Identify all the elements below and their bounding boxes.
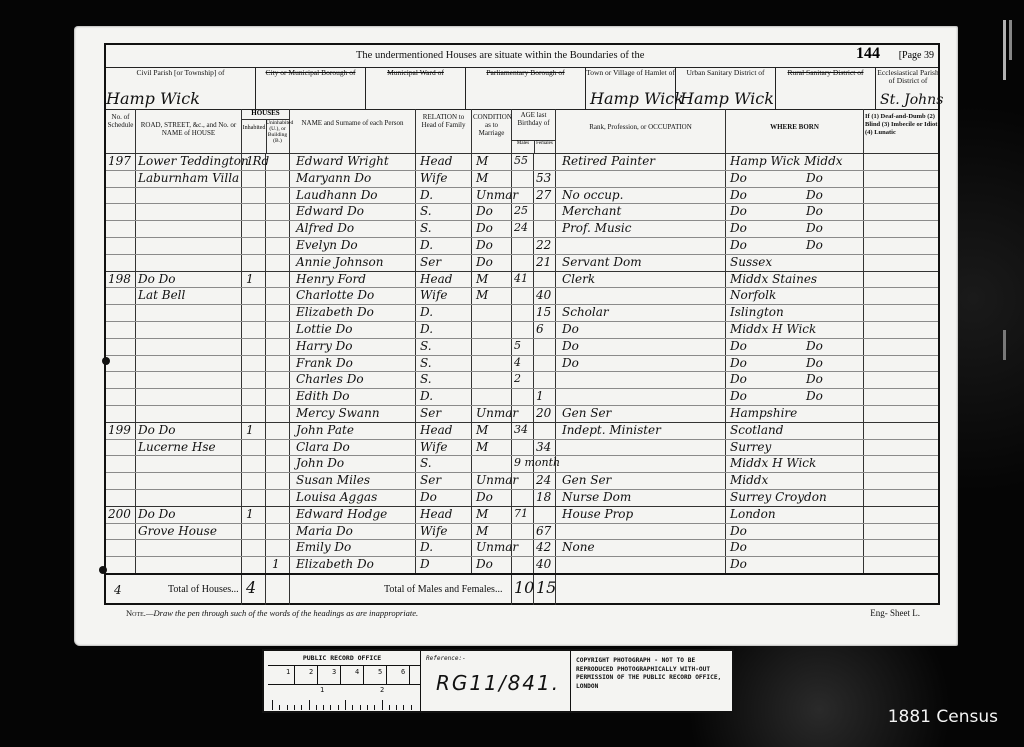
table-row: Mercy SwannSerUnmar20Gen SerHampshire: [106, 405, 938, 422]
cell-relation: Wife: [420, 287, 448, 303]
table-row: Lat BellCharlotte DoWifeM40Norfolk: [106, 287, 938, 304]
cell-name: Laudhann Do: [296, 187, 378, 203]
cell-relation: S.: [420, 455, 432, 471]
census-form: The undermentioned Houses are situate wi…: [104, 43, 940, 605]
cell-occupation: Gen Ser: [562, 472, 611, 488]
page-number: [Page 39: [899, 50, 934, 61]
boundaries-row: Civil Parish [or Township] of Hamp Wick …: [106, 67, 938, 110]
table-row: 197Lower Teddington Rd1Edward WrightHead…: [106, 153, 938, 170]
table-row: Grove HouseMaria DoWifeM67Do: [106, 523, 938, 540]
cell-name: Edward Wright: [296, 153, 389, 169]
cell-occupation: Do: [562, 321, 579, 337]
table-row: Laudhann DoD.Unmar27No occup.DoDo: [106, 187, 938, 204]
ruler-number: 2: [380, 686, 384, 694]
film-edge-mark: [1003, 20, 1006, 80]
boundary-label: Rural Sanitary District of: [776, 69, 875, 77]
cell-uninhabited: 1: [272, 556, 280, 572]
boundary-label: City or Municipal Borough of: [256, 69, 365, 77]
cell-condition: Unmar: [476, 472, 518, 488]
cell-relation: Head: [420, 506, 452, 522]
cell-condition: Unmar: [476, 539, 518, 555]
cell-born-place: Do: [806, 388, 823, 404]
cell-relation: S.: [420, 371, 432, 387]
cell-road: Grove House: [138, 523, 217, 539]
household-separator: [106, 506, 938, 507]
cell-female: 53: [536, 170, 551, 186]
cell-born-county: Middx Staines: [730, 271, 817, 287]
table-row: Frank DoS.4DoDoDo: [106, 355, 938, 372]
cell-born-county: Do: [730, 338, 747, 354]
cell-occupation: No occup.: [562, 187, 623, 203]
cell-schedule: 199: [108, 422, 131, 438]
cell-born-county: Middx H Wick: [730, 321, 816, 337]
table-row: 198Do Do1Henry FordHeadM41ClerkMiddx Sta…: [106, 271, 938, 288]
cell-relation: Wife: [420, 523, 448, 539]
cell-name: Lottie Do: [296, 321, 352, 337]
copyright-notice: COPYRIGHT PHOTOGRAPH - NOT TO BE REPRODU…: [576, 657, 726, 691]
cell-schedule: 197: [108, 153, 131, 169]
cell-relation: Ser: [420, 405, 441, 421]
cell-condition: Do: [476, 237, 493, 253]
cell-relation: S.: [420, 220, 432, 236]
boundary-parliamentary-borough: Parliamentary Borough of: [466, 67, 586, 109]
cell-born-county: Do: [730, 220, 747, 236]
cell-born-county: Do: [730, 203, 747, 219]
cell-male: 41: [514, 271, 528, 287]
pro-ruler-block: PUBLIC RECORD OFFICE 12345612: [264, 651, 421, 711]
cell-female: 20: [536, 405, 551, 421]
cell-born-county: Surrey Croydon: [730, 489, 827, 505]
cell-road: Do Do: [138, 506, 176, 522]
cell-condition: Do: [476, 220, 493, 236]
cell-male: 25: [514, 203, 528, 219]
table-row: Susan MilesSerUnmar24Gen SerMiddx: [106, 472, 938, 489]
cell-born-county: Do: [730, 355, 747, 371]
sheet-mark: Eng- Sheet L.: [870, 608, 920, 618]
cell-condition: M: [476, 170, 488, 186]
reference-value: RG11/841.: [436, 671, 560, 695]
cell-female: 15: [536, 304, 551, 320]
cell-born-county: Do: [730, 523, 747, 539]
header-houses: HOUSES Inhabited Uninhabited (U.), or Bu…: [242, 109, 290, 153]
cell-schedule: 198: [108, 271, 131, 287]
cell-relation: D: [420, 556, 430, 572]
cell-condition: M: [476, 287, 488, 303]
cell-born-county: Do: [730, 539, 747, 555]
boundary-label: Parliamentary Borough of: [466, 69, 585, 77]
cell-name: Edward Hodge: [296, 506, 387, 522]
cell-occupation: Indept. Minister: [562, 422, 661, 438]
cell-name: Louisa Aggas: [296, 489, 377, 505]
cell-relation: S.: [420, 338, 432, 354]
cell-born-county: Middx H Wick: [730, 455, 816, 471]
cell-occupation: Prof. Music: [562, 220, 631, 236]
cell-condition: Do: [476, 556, 493, 572]
cell-female: 18: [536, 489, 551, 505]
cell-schedule: 200: [108, 506, 131, 522]
header-where-born: WHERE BORN: [726, 109, 864, 153]
table-row: John DoS.9 monthMiddx H Wick: [106, 455, 938, 472]
household-separator: [106, 271, 938, 272]
cell-female: 6: [536, 321, 544, 337]
cell-road: Laburnham Villa: [138, 170, 239, 186]
cell-condition: M: [476, 153, 488, 169]
cell-female: 40: [536, 556, 551, 572]
cell-born-place: Do: [806, 187, 823, 203]
cell-born-county: Do: [730, 371, 747, 387]
household-separator: [106, 153, 938, 154]
note-text: —Draw the pen through such of the words …: [146, 608, 418, 618]
cell-relation: S.: [420, 355, 432, 371]
table-row: Louisa AggasDoDo18Nurse DomSurrey Croydo…: [106, 489, 938, 506]
table-row: Charles DoS.2DoDo: [106, 371, 938, 388]
cell-name: Clara Do: [296, 439, 350, 455]
cell-name: John Pate: [296, 422, 354, 438]
cell-born-county: Scotland: [730, 422, 783, 438]
cell-born-county: Norfolk: [730, 287, 776, 303]
table-row: Edward DoS.Do25MerchantDoDo: [106, 203, 938, 220]
table-row: Evelyn DoD.Do22DoDo: [106, 237, 938, 254]
cell-road: Lucerne Hse: [138, 439, 216, 455]
cell-relation: Head: [420, 422, 452, 438]
header-infirmity: If (1) Deaf-and-Dumb (2) Blind (3) Imbec…: [864, 109, 940, 153]
cell-name: John Do: [296, 455, 344, 471]
census-page: The undermentioned Houses are situate wi…: [74, 26, 958, 646]
cell-condition: Do: [476, 489, 493, 505]
table-row: Elizabeth DoD.15ScholarIslington: [106, 304, 938, 321]
header-males: Males: [512, 140, 535, 153]
cell-relation: Head: [420, 153, 452, 169]
cell-inhabited: 1: [246, 422, 254, 438]
cell-female: 34: [536, 439, 551, 455]
cell-female: 21: [536, 254, 551, 270]
cell-born-place: Do: [806, 220, 823, 236]
cell-occupation: Merchant: [562, 203, 621, 219]
note-lead: Note.: [126, 608, 146, 618]
cell-relation: D.: [420, 187, 433, 203]
cell-born-place: Do: [806, 371, 823, 387]
schedule-count: 4: [114, 583, 122, 597]
boundary-civil-parish: Civil Parish [or Township] of Hamp Wick: [106, 67, 256, 109]
cell-name: Elizabeth Do: [296, 304, 374, 320]
cell-road: Do Do: [138, 422, 176, 438]
cell-condition: Unmar: [476, 405, 518, 421]
boundary-village: Town or Village of Hamlet of Hamp Wick: [586, 67, 676, 109]
header-age: AGE last Birthday of Males Females: [512, 109, 556, 153]
cell-name: Alfred Do: [296, 220, 354, 236]
cell-male: 4: [514, 355, 521, 371]
census-entries: 197Lower Teddington Rd1Edward WrightHead…: [106, 153, 938, 573]
total-females: 15: [536, 578, 556, 597]
cell-name: Susan Miles: [296, 472, 370, 488]
cell-occupation: Scholar: [562, 304, 609, 320]
cell-born-county: London: [730, 506, 776, 522]
cell-inhabited: 1: [246, 153, 254, 169]
table-row: Lottie DoD.6DoMiddx H Wick: [106, 321, 938, 338]
table-row: Emily DoD.Unmar42NoneDo: [106, 539, 938, 556]
cell-relation: Do: [420, 489, 437, 505]
folio-number: 144: [856, 45, 880, 63]
column-headers: No. of Schedule ROAD, STREET, &c., and N…: [106, 109, 938, 154]
cell-occupation: Clerk: [562, 271, 595, 287]
cell-born-county: Islington: [730, 304, 784, 320]
cell-born-county: Hamp Wick Middx: [730, 153, 843, 169]
cell-condition: Do: [476, 203, 493, 219]
cell-relation: D.: [420, 237, 433, 253]
cell-female: 22: [536, 237, 551, 253]
cell-born-place: Do: [806, 338, 823, 354]
cell-occupation: House Prop: [562, 506, 633, 522]
cell-born-county: Do: [730, 187, 747, 203]
reference-block: Reference:- RG11/841.: [420, 651, 571, 711]
punch-hole: [102, 357, 110, 365]
boundary-municipal-borough: City or Municipal Borough of: [256, 67, 366, 109]
total-houses-label: Total of Houses...: [168, 584, 239, 595]
cell-born-county: Sussex: [730, 254, 772, 270]
cell-female: 27: [536, 187, 551, 203]
header-schedule: No. of Schedule: [106, 109, 136, 153]
cell-born-county: Surrey: [730, 439, 771, 455]
cell-male: 2: [514, 371, 521, 387]
cell-female: 40: [536, 287, 551, 303]
cell-male: 55: [514, 153, 528, 169]
table-row: Harry DoS.5DoDoDo: [106, 338, 938, 355]
cell-relation: D.: [420, 304, 433, 320]
cell-born-place: Do: [806, 203, 823, 219]
table-row: Alfred DoS.Do24Prof. MusicDoDo: [106, 220, 938, 237]
header-relation: RELATION to Head of Family: [416, 109, 472, 153]
cell-condition: M: [476, 523, 488, 539]
cell-name: Charles Do: [296, 371, 364, 387]
boundary-label: Town or Village of Hamlet of: [586, 69, 675, 77]
ruler-number: 1: [286, 668, 290, 676]
boundary-rural-sanitary: Rural Sanitary District of: [776, 67, 876, 109]
cell-inhabited: 1: [246, 506, 254, 522]
cell-relation: S.: [420, 203, 432, 219]
cell-born-place: Do: [806, 237, 823, 253]
boundary-value: St. Johns: [880, 92, 943, 108]
cell-occupation: Retired Painter: [562, 153, 655, 169]
cell-born-county: Hampshire: [730, 405, 797, 421]
cell-condition: Unmar: [476, 187, 518, 203]
boundary-value: Hamp Wick: [106, 89, 200, 108]
cell-name: Charlotte Do: [296, 287, 374, 303]
cell-born-place: Do: [806, 170, 823, 186]
table-row: Lucerne HseClara DoWifeM34Surrey: [106, 439, 938, 456]
header-occupation: Rank, Profession, or OCCUPATION: [556, 109, 726, 153]
cell-female: 1: [536, 388, 544, 404]
film-edge-mark: [1009, 20, 1012, 60]
header-condition: CONDITION as to Marriage: [472, 109, 512, 153]
cell-relation: D.: [420, 539, 433, 555]
total-houses-value: 4: [246, 578, 256, 597]
cell-condition: M: [476, 271, 488, 287]
cell-road: Lat Bell: [138, 287, 185, 303]
header-name: NAME and Surname of each Person: [290, 109, 416, 153]
cell-name: Mercy Swann: [296, 405, 380, 421]
cell-name: Evelyn Do: [296, 237, 358, 253]
pro-title: PUBLIC RECORD OFFICE: [264, 654, 420, 662]
cell-born-place: Do: [806, 355, 823, 371]
cell-relation: Ser: [420, 254, 441, 270]
cell-name: Annie Johnson: [296, 254, 383, 270]
header-road: ROAD, STREET, &c., and No. or NAME of HO…: [136, 109, 242, 153]
cell-born-county: Do: [730, 237, 747, 253]
cell-occupation: None: [562, 539, 595, 555]
ruler-number: 4: [355, 668, 359, 676]
cell-occupation: Do: [562, 338, 579, 354]
boundary-label: Urban Sanitary District of: [676, 69, 775, 77]
cell-condition: Do: [476, 254, 493, 270]
cell-male: 24: [514, 220, 528, 236]
cell-name: Maria Do: [296, 523, 353, 539]
table-row: 200Do Do1Edward HodgeHeadM71House PropLo…: [106, 506, 938, 523]
cell-occupation: Gen Ser: [562, 405, 611, 421]
cell-relation: Head: [420, 271, 452, 287]
cell-female: 24: [536, 472, 551, 488]
census-watermark: 1881 Census: [888, 707, 998, 727]
cell-name: Edith Do: [296, 388, 350, 404]
table-row: Laburnham VillaMaryann DoWifeM53DoDo: [106, 170, 938, 187]
header-inhabited: Inhabited: [242, 119, 267, 153]
cell-male: 34: [514, 422, 528, 438]
total-persons-label: Total of Males and Females...: [384, 584, 502, 595]
table-row: Annie JohnsonSerDo21Servant DomSussex: [106, 254, 938, 271]
header-females: Females: [534, 140, 555, 153]
reference-label: Reference:-: [426, 655, 466, 662]
cell-inhabited: 1: [246, 271, 254, 287]
ruler-number: 6: [401, 668, 405, 676]
boundary-label: Municipal Ward of: [366, 69, 465, 77]
boundary-label: Ecclesiastical Parish of District of: [876, 69, 940, 85]
cell-name: Henry Ford: [296, 271, 366, 287]
film-edge-mark: [1003, 330, 1006, 360]
cell-male: 9 month: [514, 455, 560, 471]
cell-relation: Wife: [420, 439, 448, 455]
cell-relation: Wife: [420, 170, 448, 186]
cell-condition: M: [476, 506, 488, 522]
boundary-urban-sanitary: Urban Sanitary District of Hamp Wick: [676, 67, 776, 109]
table-row: 199Do Do1John PateHeadM34Indept. Ministe…: [106, 422, 938, 439]
cell-occupation: Do: [562, 355, 579, 371]
table-row: 1Elizabeth DoDDo40Do: [106, 556, 938, 573]
ruler-number: 3: [332, 668, 336, 676]
boundary-value: Hamp Wick: [680, 89, 774, 108]
header-uninhabited: Uninhabited (U.), or Building (B.): [266, 119, 289, 153]
cell-name: Maryann Do: [296, 170, 371, 186]
boundary-municipal-ward: Municipal Ward of: [366, 67, 466, 109]
cell-relation: D.: [420, 321, 433, 337]
public-record-office-label: PUBLIC RECORD OFFICE 12345612 Reference:…: [262, 649, 734, 713]
cell-female: 42: [536, 539, 551, 555]
cell-road: Do Do: [138, 271, 176, 287]
boundary-ecclesiastical: Ecclesiastical Parish of District of St.…: [876, 67, 940, 109]
cell-born-county: Middx: [730, 472, 768, 488]
cell-male: 5: [514, 338, 521, 354]
cell-relation: D.: [420, 388, 433, 404]
cell-occupation: Servant Dom: [562, 254, 642, 270]
cell-born-county: Do: [730, 170, 747, 186]
title-row: The undermentioned Houses are situate wi…: [106, 45, 938, 68]
scale-ruler: 12345612: [268, 665, 420, 710]
boundary-label: Civil Parish [or Township] of: [106, 69, 255, 77]
ruler-number: 2: [309, 668, 313, 676]
cell-name: Emily Do: [296, 539, 351, 555]
totals-row: 4 Total of Houses... 4 Total of Males an…: [106, 573, 938, 605]
ruler-number: 5: [378, 668, 382, 676]
cell-male: 71: [514, 506, 528, 522]
ruler-number: 1: [320, 686, 324, 694]
table-row: Edith DoD.1DoDo: [106, 388, 938, 405]
cell-relation: Ser: [420, 472, 441, 488]
cell-born-county: Do: [730, 556, 747, 572]
punch-hole: [99, 566, 107, 574]
boundary-value: Hamp Wick: [590, 89, 684, 108]
form-title: The undermentioned Houses are situate wi…: [356, 50, 644, 61]
cell-occupation: Nurse Dom: [562, 489, 631, 505]
footer-note: Note.—Draw the pen through such of the w…: [126, 608, 418, 618]
household-separator: [106, 422, 938, 423]
cell-female: 67: [536, 523, 551, 539]
cell-condition: M: [476, 422, 488, 438]
cell-name: Frank Do: [296, 355, 353, 371]
cell-name: Edward Do: [296, 203, 364, 219]
cell-name: Harry Do: [296, 338, 353, 354]
cell-condition: M: [476, 439, 488, 455]
total-males: 10: [514, 578, 534, 597]
cell-name: Elizabeth Do: [296, 556, 374, 572]
cell-born-county: Do: [730, 388, 747, 404]
